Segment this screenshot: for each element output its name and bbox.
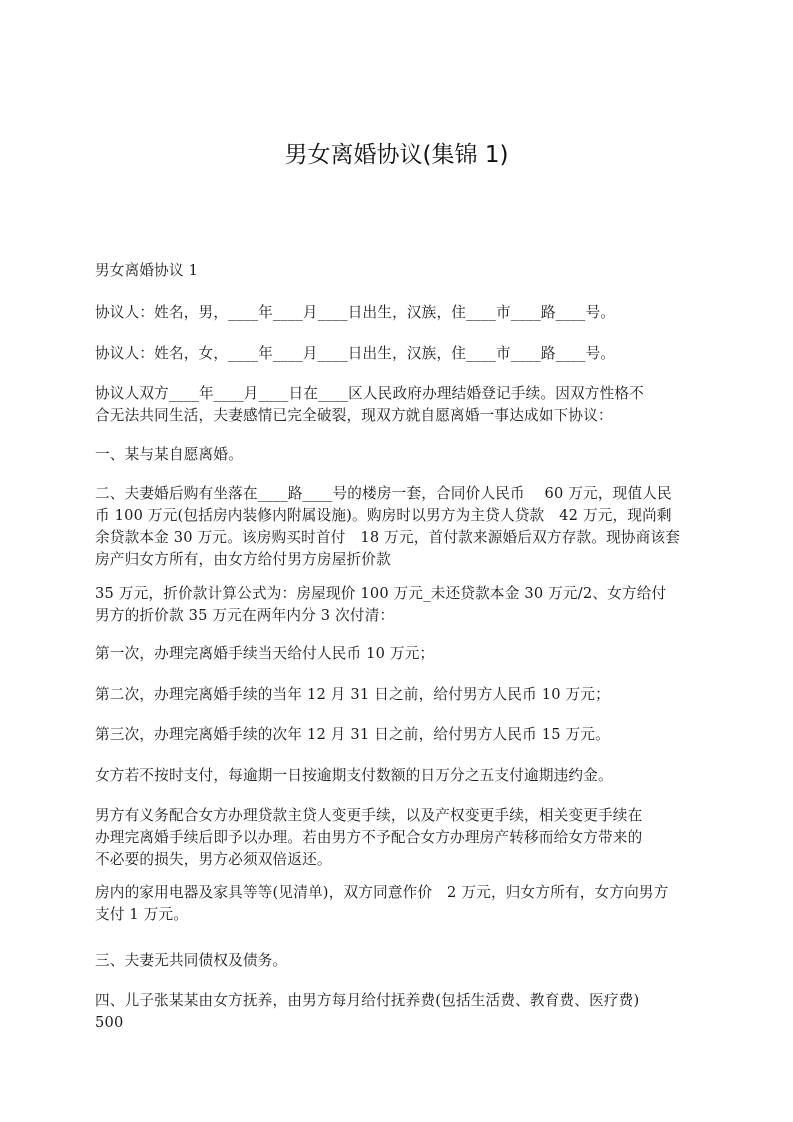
- price-formula-paragraph: 35 万元，折价款计算公式为：房屋现价 100 万元_未还贷款本金 30 万元/…: [95, 583, 715, 627]
- party-male-paragraph: 协议人：姓名，男，____年____月____日出生，汉族，住____市____…: [95, 302, 715, 324]
- clause-one: 一、某与某自愿离婚。: [95, 444, 715, 466]
- furniture-paragraph: 房内的家用电器及家具等等(见清单)，双方同意作价 2 万元，归女方所有，女方向男…: [95, 882, 715, 926]
- document-title: 男女离婚协议(集锦 1): [0, 136, 793, 169]
- late-penalty-paragraph: 女方若不按时支付，每逾期一日按逾期支付数额的日万分之五支付逾期违约金。: [95, 765, 715, 787]
- clause-two-property: 二、夫妻婚后购有坐落在____路____号的楼房一套，合同价人民币 60 万元，…: [95, 483, 715, 571]
- clause-four-child-custody: 四、儿子张某某由女方抚养，由男方每月给付抚养费(包括生活费、教育费、医疗费) 5…: [95, 990, 715, 1034]
- third-payment-paragraph: 第三次，办理完离婚手续的次年 12 月 31 日之前，给付男方人民币 15 万元…: [95, 724, 715, 746]
- transfer-obligation-paragraph: 男方有义务配合女方办理贷款主贷人变更手续，以及产权变更手续，相关变更手续在 办理…: [95, 805, 715, 871]
- second-payment-paragraph: 第二次，办理完离婚手续的当年 12 月 31 日之前，给付男方人民币 10 万元…: [95, 684, 715, 706]
- marriage-registration-paragraph: 协议人双方____年____月____日在____区人民政府办理结婚登记手续。因…: [95, 383, 715, 427]
- clause-three-debts: 三、夫妻无共同债权及债务。: [95, 950, 715, 972]
- document-subtitle: 男女离婚协议 1: [95, 260, 715, 282]
- party-female-paragraph: 协议人：姓名，女，____年____月____日出生，汉族，住____市____…: [95, 343, 715, 365]
- first-payment-paragraph: 第一次，办理完离婚手续当天给付人民币 10 万元；: [95, 643, 715, 665]
